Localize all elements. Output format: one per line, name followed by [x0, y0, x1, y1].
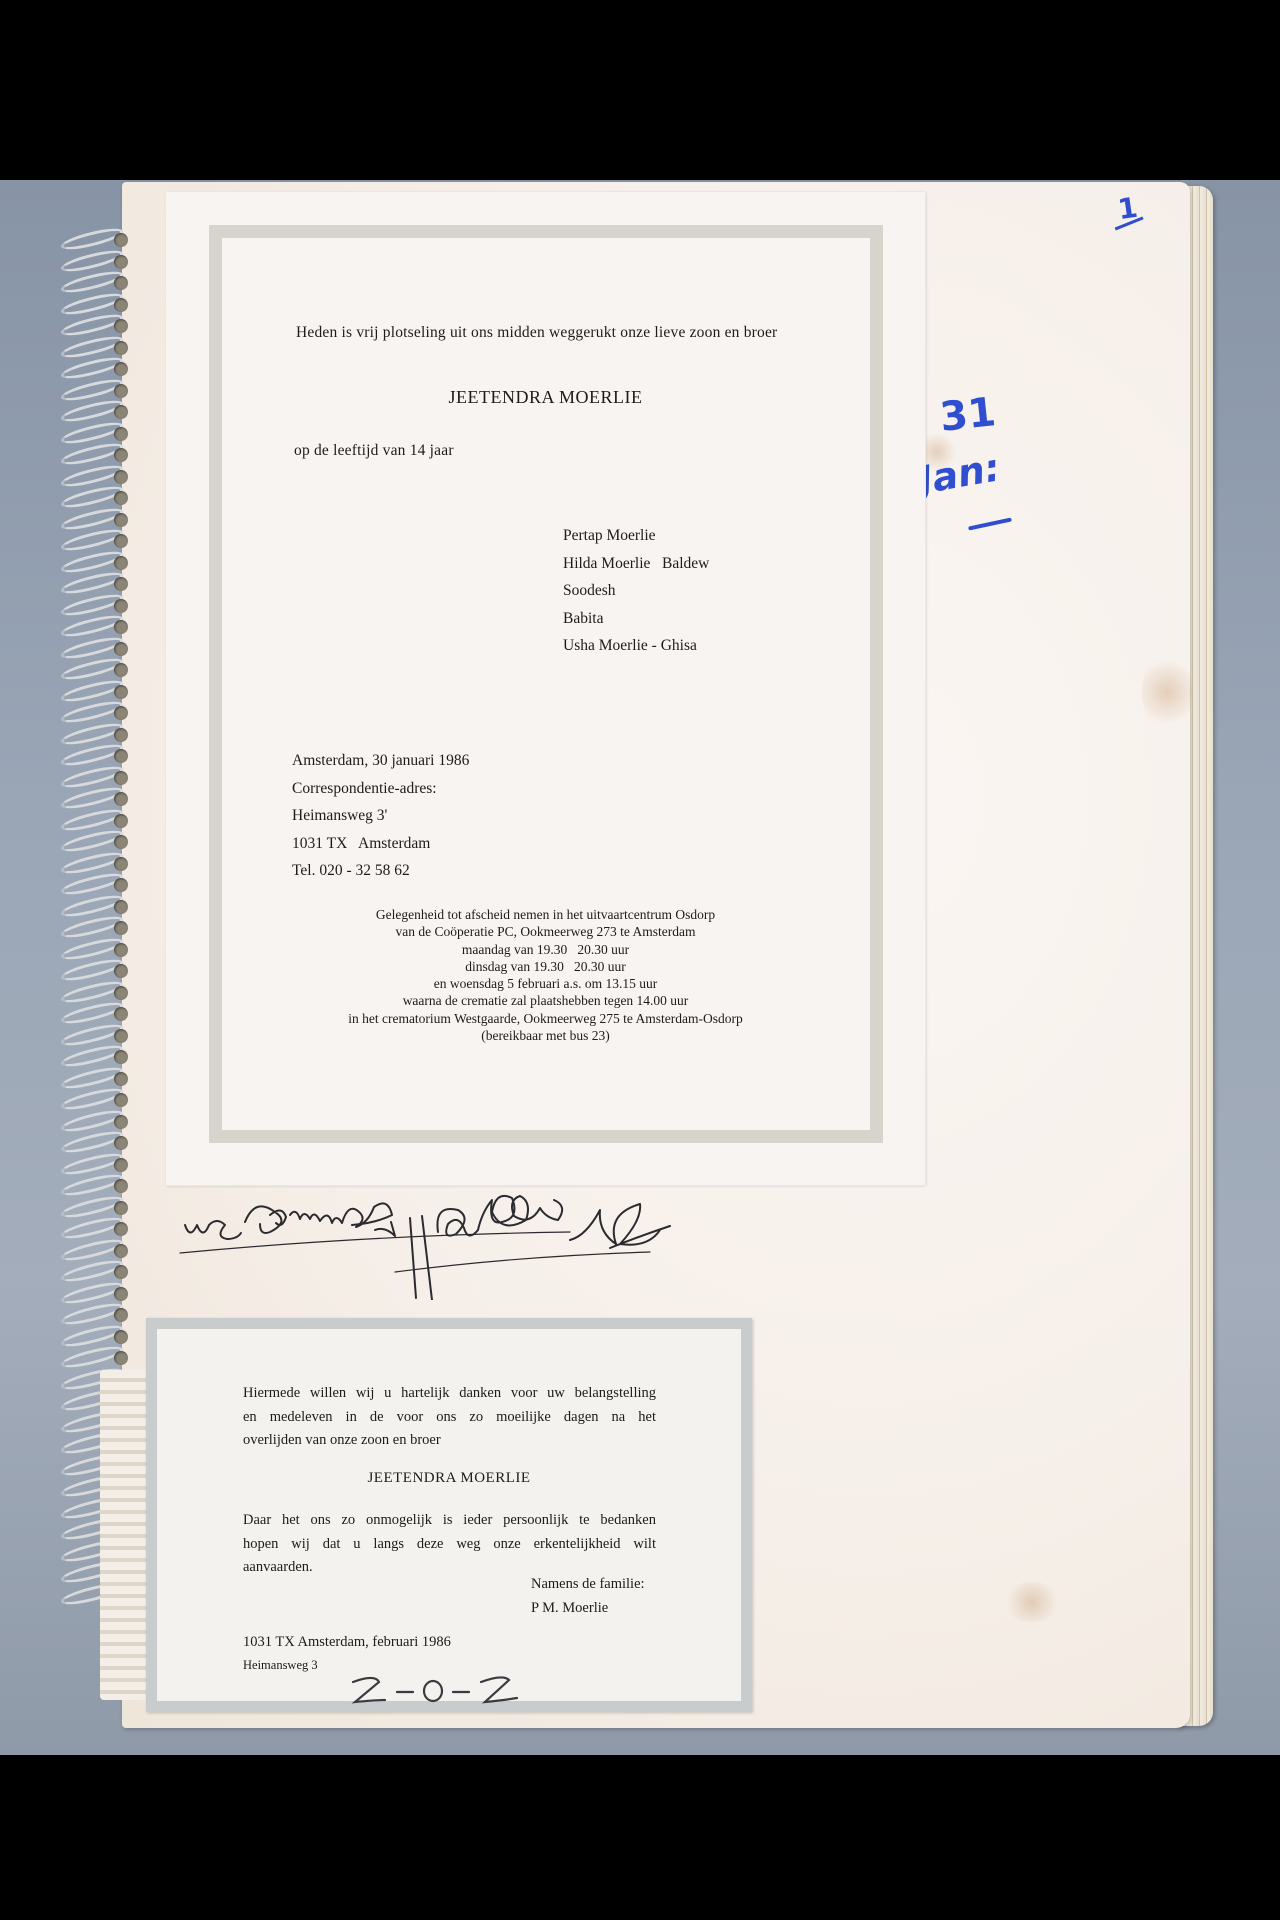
- binding-hole: [114, 1072, 128, 1086]
- binding-hole: [114, 706, 128, 720]
- info-line: maandag van 19.30 20.30 uur: [166, 941, 925, 958]
- date-note: 31: [938, 389, 998, 441]
- binding-hole: [114, 857, 128, 871]
- torn-page-edge: [100, 1370, 150, 1700]
- place-date: 1031 TX Amsterdam, februari 1986: [243, 1634, 451, 1651]
- info-line: waarna de crematie zal plaatshebben tege…: [166, 992, 925, 1009]
- age-line: op de leeftijd van 14 jaar: [294, 442, 454, 460]
- binding-hole: [114, 749, 128, 763]
- address-line: Heimansweg 3': [292, 802, 469, 830]
- binding-hole: [114, 728, 128, 742]
- address-line: Tel. 020 - 32 58 62: [292, 857, 469, 885]
- info-line: van de Coöperatie PC, Ookmeerweg 273 te …: [166, 923, 925, 940]
- binding-hole: [114, 1244, 128, 1258]
- binding-hole: [114, 1201, 128, 1215]
- binding-hole: [114, 900, 128, 914]
- info-line: in het crematorium Westgaarde, Ookmeerwe…: [166, 1010, 925, 1027]
- info-line: dinsdag van 19.30 20.30 uur: [166, 958, 925, 975]
- family-member: Usha Moerlie - Ghisa: [563, 632, 709, 660]
- binding-hole: [114, 556, 128, 570]
- binding-hole: [114, 814, 128, 828]
- binding-hole: [114, 577, 128, 591]
- binding-hole: [114, 1007, 128, 1021]
- binding-hole: [114, 986, 128, 1000]
- binding-hole: [114, 1351, 128, 1365]
- binding-hole: [114, 878, 128, 892]
- binding-hole: [114, 1308, 128, 1322]
- thanks-paragraph-2: Daar het ons zo onmogelijk is ieder pers…: [243, 1509, 656, 1580]
- binding-hole: [114, 599, 128, 613]
- deceased-name: JEETENDRA MOERLIE: [166, 387, 925, 408]
- date-note-line1: 31: [938, 389, 998, 441]
- binding-hole: [114, 233, 128, 247]
- info-line: en woensdag 5 februari a.s. om 13.15 uur: [166, 975, 925, 992]
- binding-hole: [114, 771, 128, 785]
- handwritten-signature: [170, 1190, 820, 1300]
- binding-hole: [114, 1222, 128, 1236]
- binding-hole: [114, 620, 128, 634]
- family-member: Soodesh: [563, 577, 709, 605]
- sign-off-line: Namens de familie:: [531, 1573, 645, 1597]
- sign-off: Namens de familie: P M. Moerlie: [531, 1573, 645, 1620]
- binding-hole: [114, 663, 128, 677]
- binding-hole: [114, 1029, 128, 1043]
- text-line: Daar het ons zo onmogelijk is ieder pers…: [243, 1509, 656, 1533]
- binding-hole: [114, 1050, 128, 1064]
- sign-off-line: P M. Moerlie: [531, 1597, 645, 1621]
- binding-hole: [114, 835, 128, 849]
- stain: [1142, 652, 1192, 732]
- binding-hole: [114, 964, 128, 978]
- binding-hole: [114, 1115, 128, 1129]
- binding-hole: [114, 427, 128, 441]
- binding-hole: [114, 319, 128, 333]
- handwritten-card-note: [345, 1672, 525, 1708]
- info-line: (bereikbaar met bus 23): [166, 1027, 925, 1044]
- obituary-intro: Heden is vrij plotseling uit ons midden …: [296, 324, 777, 342]
- text-line: overlijden van onze zoon en broer: [243, 1429, 656, 1453]
- binding-hole: [114, 362, 128, 376]
- family-member: Babita: [563, 605, 709, 633]
- obituary-card: Heden is vrij plotseling uit ons midden …: [166, 192, 925, 1185]
- binding-hole: [114, 1179, 128, 1193]
- correspondence-address: Amsterdam, 30 januari 1986 Correspondent…: [292, 747, 469, 885]
- binding-hole: [114, 534, 128, 548]
- binding-hole: [114, 921, 128, 935]
- family-list: Pertap Moerlie Hilda Moerlie Baldew Sood…: [563, 522, 709, 660]
- binding-hole: [114, 1158, 128, 1172]
- binding-hole: [114, 943, 128, 957]
- deceased-name: JEETENDRA MOERLIE: [157, 1470, 741, 1487]
- binding-hole: [114, 255, 128, 269]
- service-info: Gelegenheid tot afscheid nemen in het ui…: [166, 906, 925, 1044]
- street-address: Heimansweg 3: [243, 1658, 318, 1673]
- address-line: Correspondentie-adres:: [292, 775, 469, 803]
- binding-hole: [114, 1287, 128, 1301]
- stain: [1002, 1582, 1062, 1622]
- info-line: Gelegenheid tot afscheid nemen in het ui…: [166, 906, 925, 923]
- binding-hole: [114, 384, 128, 398]
- address-line: Amsterdam, 30 januari 1986: [292, 747, 469, 775]
- binding-hole: [114, 1093, 128, 1107]
- binding-hole: [114, 1330, 128, 1344]
- text-line: en medeleven in de voor ons zo moeilijke…: [243, 1406, 656, 1430]
- binding-hole: [114, 1265, 128, 1279]
- binding-hole: [114, 341, 128, 355]
- address-line: 1031 TX Amsterdam: [292, 830, 469, 858]
- binding-hole: [114, 298, 128, 312]
- thank-you-card: Hiermede willen wij u hartelijk danken v…: [146, 1318, 752, 1712]
- family-member: Hilda Moerlie Baldew: [563, 550, 709, 578]
- text-line: Hiermede willen wij u hartelijk danken v…: [243, 1382, 656, 1406]
- binding-hole: [114, 491, 128, 505]
- binding-hole: [114, 1136, 128, 1150]
- binding-hole: [114, 642, 128, 656]
- binding-hole: [114, 792, 128, 806]
- binding-hole: [114, 513, 128, 527]
- text-line: hopen wij dat u langs deze weg onze erke…: [243, 1533, 656, 1557]
- binding-hole: [114, 448, 128, 462]
- thanks-paragraph-1: Hiermede willen wij u hartelijk danken v…: [243, 1382, 656, 1453]
- binding-hole: [114, 405, 128, 419]
- binding-hole: [114, 470, 128, 484]
- binding-hole: [114, 276, 128, 290]
- binding-hole: [114, 685, 128, 699]
- family-member: Pertap Moerlie: [563, 522, 709, 550]
